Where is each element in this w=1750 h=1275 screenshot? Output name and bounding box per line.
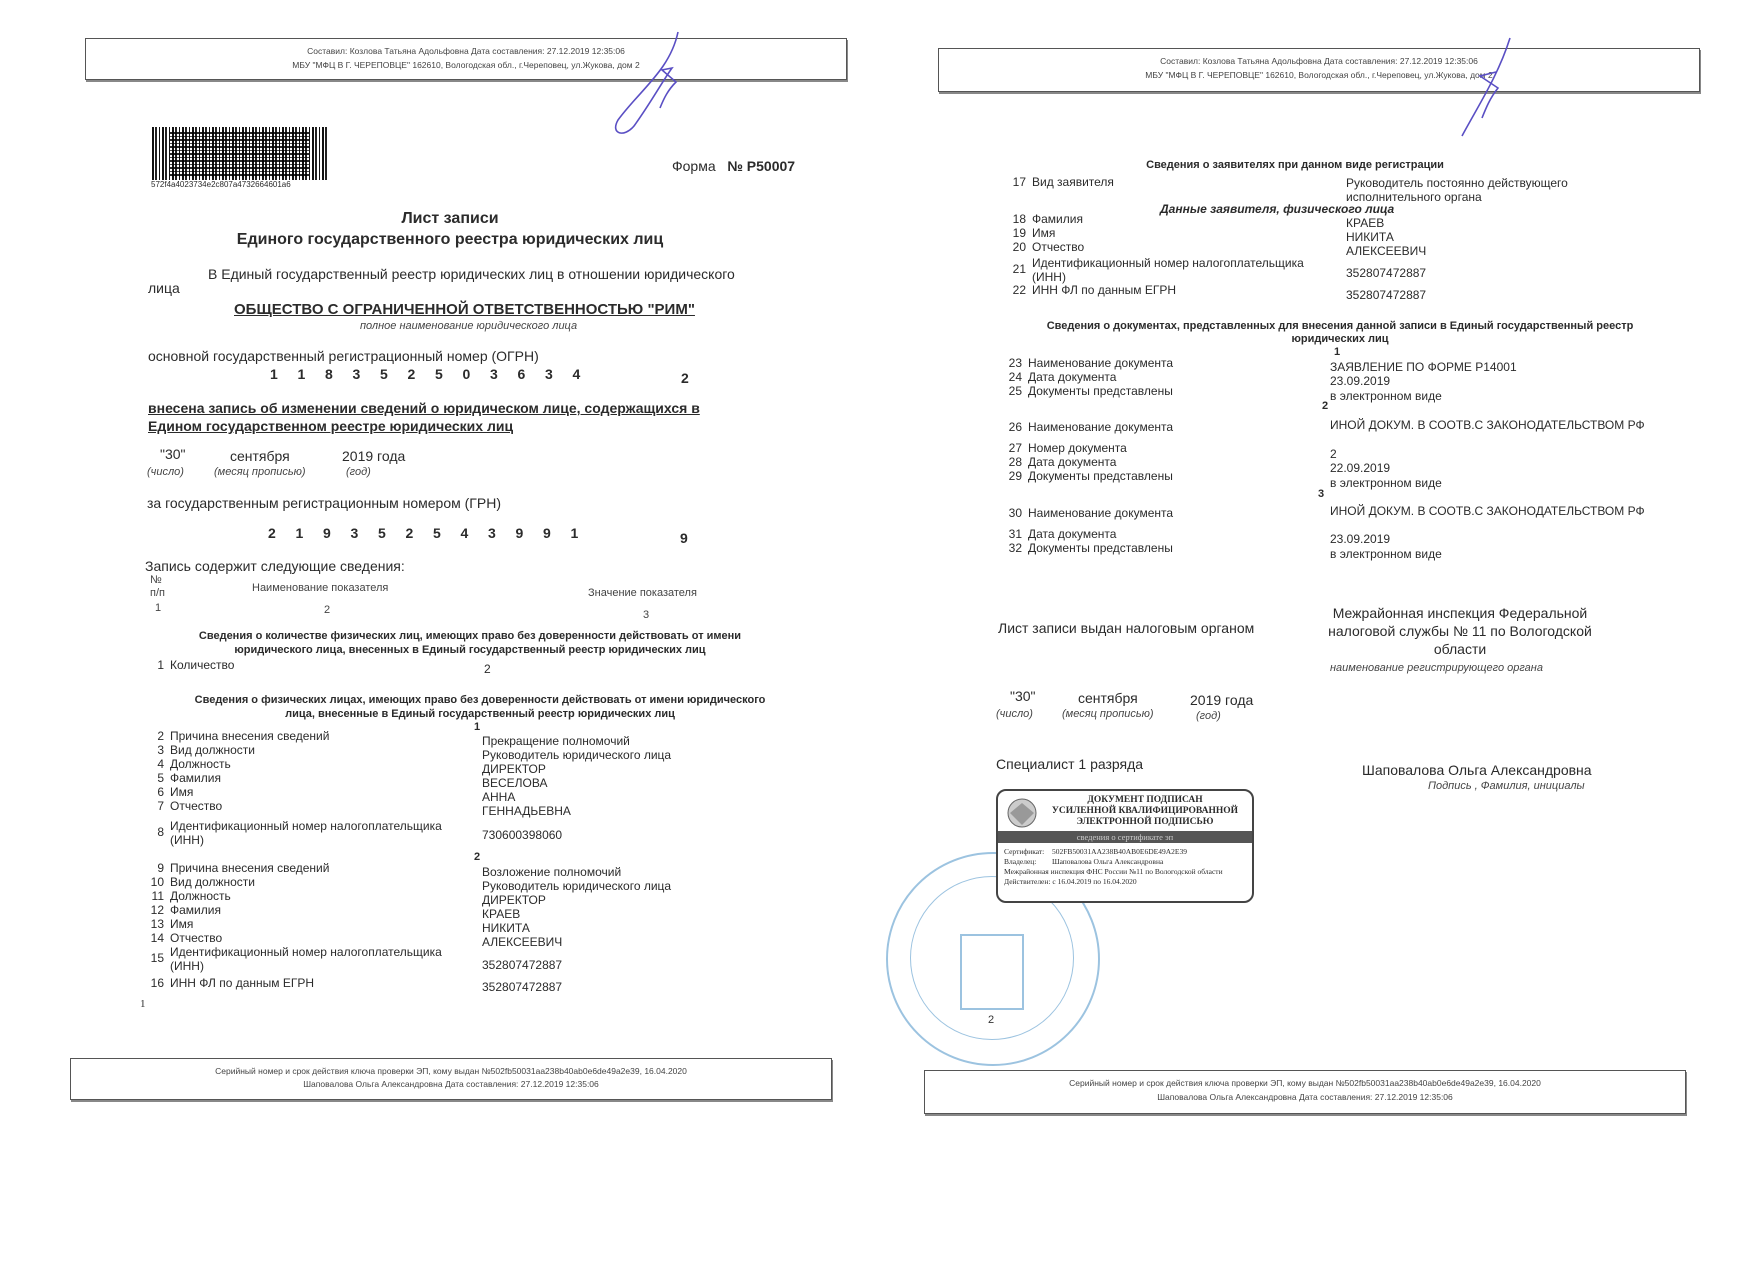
table-row: 1Количество: [146, 658, 234, 672]
right-footer-box: Серийный номер и срок действия ключа про…: [924, 1070, 1686, 1114]
year-caption: (год): [346, 466, 371, 478]
authority-caption: наименование регистрирующего органа: [1330, 662, 1543, 674]
certificate-number: 502FB50031AA238B40AB0E6DE49A2E39: [1052, 847, 1187, 856]
handwritten-signature-icon: [600, 30, 700, 140]
footer-signer-line: Шаповалова Ольга Александровна Дата сост…: [925, 1091, 1685, 1103]
signer-position: Специалист 1 разряда: [996, 756, 1143, 772]
signer-name: Шаповалова Ольга Александровна: [1362, 762, 1592, 778]
left-header-box: Составил: Козлова Татьяна Адольфовна Дат…: [85, 38, 847, 80]
grn-number: 219352543991: [268, 525, 598, 543]
applicants-title: Сведения о заявителях при данном виде ре…: [990, 159, 1600, 171]
header-compiler-line: Составил: Козлова Татьяна Адольфовна Дат…: [939, 55, 1699, 67]
certificate-bar: сведения о сертификате эп: [998, 831, 1252, 843]
column-index-1: 1: [155, 602, 161, 614]
month-caption: (месяц прописью): [214, 466, 306, 478]
column-value-header: Значение показателя: [588, 587, 697, 599]
applicant-subtitle: Данные заявителя, физического лица: [1160, 202, 1394, 216]
column-index-2: 2: [324, 604, 330, 616]
certificate-owner: Шаповалова Ольга Александровна: [1052, 857, 1163, 866]
page-number: 1: [140, 998, 146, 1010]
left-footer-box: Серийный номер и срок действия ключа про…: [70, 1058, 832, 1100]
ogrn-check-digit: 2: [681, 370, 689, 386]
barcode-image: [152, 127, 327, 180]
record-statement: внесена запись об изменении сведений о ю…: [148, 400, 700, 416]
signer-caption: Подпись , Фамилия, инициалы: [1428, 780, 1585, 792]
certificate-org: Межрайонная инспекция ФНС России №11 по …: [1004, 867, 1248, 877]
issued-label: Лист записи выдан налоговым органом: [998, 620, 1254, 636]
header-address-line: МБУ "МФЦ В Г. ЧЕРЕПОВЦЕ" 162610, Вологод…: [939, 69, 1699, 81]
header-compiler-line: Составил: Козлова Татьяна Адольфовна Дат…: [86, 45, 846, 57]
form-label: Форма: [672, 158, 716, 174]
company-name: ОБЩЕСТВО С ОГРАНИЧЕННОЙ ОТВЕТСТВЕННОСТЬЮ…: [234, 301, 695, 318]
footer-key-line: Серийный номер и срок действия ключа про…: [71, 1065, 831, 1077]
barcode-text: 572f4a4023734e2c807a4732664601a6: [151, 180, 291, 189]
footer-key-line: Серийный номер и срок действия ключа про…: [925, 1077, 1685, 1089]
applicant-type-label: Вид заявителя: [1032, 175, 1114, 189]
year-suffix: года: [1225, 692, 1253, 708]
grn-check-digit: 9: [680, 530, 688, 546]
day-caption: (число): [147, 466, 184, 478]
right-header-box: Составил: Козлова Татьяна Адольфовна Дат…: [938, 48, 1700, 92]
coat-of-arms-icon: [1004, 795, 1040, 831]
month-caption: (месяц прописью): [1062, 708, 1154, 720]
count-value: 2: [484, 662, 491, 676]
authority-name: Межрайонная инспекция Федеральной налого…: [1295, 604, 1625, 658]
record-statement-cont: Едином государственном реестре юридическ…: [148, 418, 513, 434]
form-number: № Р50007: [727, 158, 795, 174]
seal-number: 2: [988, 1014, 994, 1026]
documents-title: Сведения о документах, представленных дл…: [990, 320, 1690, 332]
footer-signer-line: Шаповалова Ольга Александровна Дата сост…: [71, 1078, 831, 1090]
ogrn-number: 118352503634: [270, 366, 600, 384]
ogrn-label: основной государственный регистрационный…: [148, 348, 539, 364]
documents-title-cont: юридических лиц: [990, 333, 1690, 345]
header-address-line: МБУ "МФЦ В Г. ЧЕРЕПОВЦЕ" 162610, Вологод…: [86, 59, 846, 71]
applicant-type-value: Руководитель постоянно действующего: [1346, 176, 1568, 190]
column-name-header: Наименование показателя: [252, 582, 388, 594]
record-year: 2019: [342, 448, 373, 464]
year-suffix: года: [377, 448, 405, 464]
record-month: сентября: [230, 448, 290, 464]
person1-index: 1: [474, 721, 480, 733]
grn-label: за государственным регистрационным номер…: [147, 495, 501, 511]
section1-title-cont: юридического лица, внесенных в Единый го…: [150, 644, 790, 656]
document-title: Лист записи: [150, 210, 750, 228]
year-caption: (год): [1196, 710, 1221, 722]
certificate-validity: с 16.04.2019 по 16.04.2020: [1052, 877, 1136, 886]
intro-text: В Единый государственный реестр юридичес…: [208, 266, 735, 282]
section1-title: Сведения о количестве физических лиц, им…: [150, 630, 790, 642]
issue-day: "30": [1010, 688, 1036, 704]
record-day: "30": [160, 446, 186, 462]
column-number-header: № п/п: [150, 574, 170, 600]
issue-month: сентября: [1078, 690, 1138, 706]
company-caption: полное наименование юридического лица: [360, 320, 577, 332]
section2-title-cont: лица, внесенные в Единый государственный…: [140, 708, 820, 720]
issue-year: 2019: [1190, 692, 1221, 708]
intro-text-cont: лица: [148, 280, 180, 296]
person2-index: 2: [474, 851, 480, 863]
document-subtitle: Единого государственного реестра юридиче…: [150, 231, 750, 249]
handwritten-signature-icon: [1440, 36, 1520, 146]
day-caption: (число): [996, 708, 1033, 720]
section2-title: Сведения о физических лицах, имеющих пра…: [140, 694, 820, 706]
contains-label: Запись содержит следующие сведения:: [145, 558, 405, 574]
electronic-signature-stamp: ДОКУМЕНТ ПОДПИСАН УСИЛЕННОЙ КВАЛИФИЦИРОВ…: [996, 789, 1254, 903]
column-index-3: 3: [643, 609, 649, 621]
